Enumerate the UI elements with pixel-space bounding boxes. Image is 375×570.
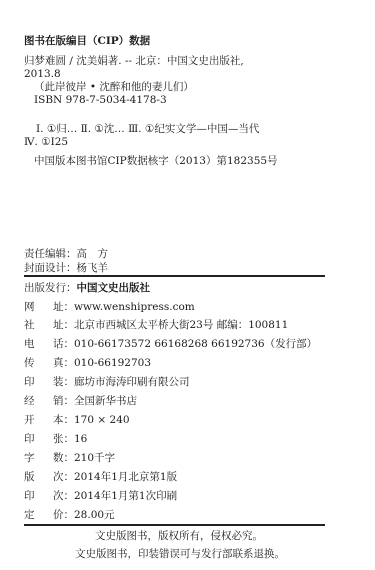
detail-row: 电话：010-66173572 66168268 66192736（发行部） xyxy=(24,338,317,350)
divider-bottom xyxy=(24,524,325,526)
publisher-row: 出版发行：中国文史出版社 xyxy=(24,282,150,294)
detail-row: 印装：廊坊市海涛印刷有限公司 xyxy=(24,376,190,388)
detail-row: 网址：www.wenshipress.com xyxy=(24,301,195,313)
detail-row: 字数：210千字 xyxy=(24,452,115,464)
detail-row: 经销：全国新华书店 xyxy=(24,395,137,407)
detail-row: 版次：2014年1月北京第1版 xyxy=(24,471,177,483)
detail-row: 印次：2014年1月第1次印刷 xyxy=(24,490,177,502)
credit-label: 封面设计： xyxy=(24,262,77,274)
divider-top xyxy=(24,275,325,277)
publisher-label: 出版发行： xyxy=(24,282,77,294)
credit-label: 责任编辑： xyxy=(24,248,77,260)
cip-line1: 归梦难圆 / 沈美娟著. -- 北京：中国文史出版社, xyxy=(24,55,244,67)
cip-heading: 图书在版编目（CIP）数据 xyxy=(24,35,150,47)
credit-value: 高 方 xyxy=(77,248,109,260)
cip-line2: 2013.8 xyxy=(24,68,61,80)
footer-returns: 文史版图书，印装错误可与发行部联系退换。 xyxy=(75,548,285,560)
publisher-value: 中国文史出版社 xyxy=(77,282,151,294)
cip-series: （此岸彼岸 • 沈醉和他的妻儿们） xyxy=(34,81,194,93)
footer-copyright: 文史版图书，版权所有，侵权必究。 xyxy=(95,530,263,542)
cip-number: 中国版本图书馆CIP数据核字（2013）第182355号 xyxy=(34,155,278,167)
cip-classification1: Ⅰ. ①归… Ⅱ. ①沈… Ⅲ. ①纪实文学—中国—当代 xyxy=(36,123,259,135)
detail-row: 印张：16 xyxy=(24,433,87,445)
credit-editor: 责任编辑：高 方 xyxy=(24,248,108,260)
detail-row: 开本：170 × 240 xyxy=(24,414,130,426)
credit-value: 杨飞羊 xyxy=(77,262,109,274)
credit-cover-design: 封面设计：杨飞羊 xyxy=(24,262,108,274)
detail-row: 社址：北京市西城区太平桥大街23号 邮编：100811 xyxy=(24,319,288,331)
cip-classification2: Ⅳ. ①I25 xyxy=(24,136,68,148)
cip-isbn: ISBN 978-7-5034-4178-3 xyxy=(34,94,167,106)
detail-row: 传真：010-66192703 xyxy=(24,357,151,369)
detail-row: 定价：28.00元 xyxy=(24,509,115,521)
